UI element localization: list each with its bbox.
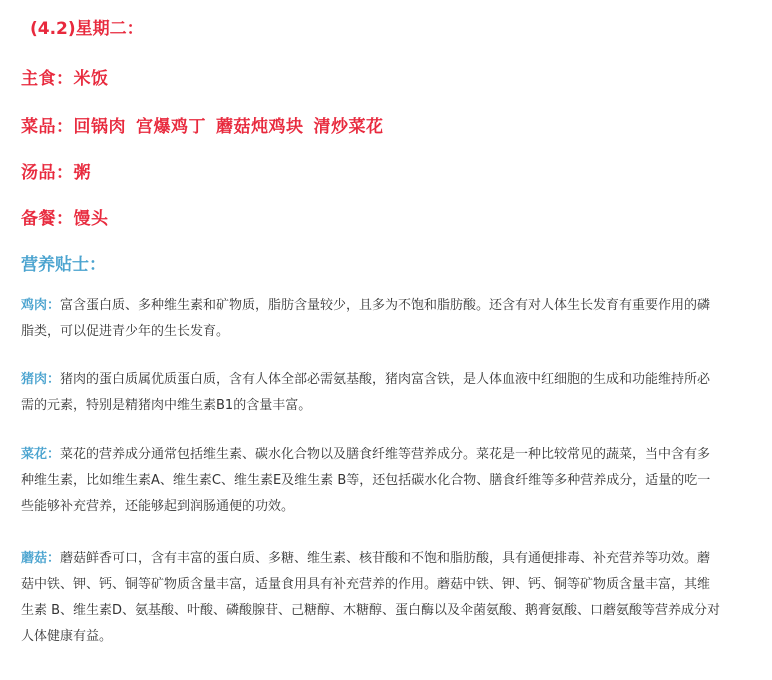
- tip-chicken: 鸡肉：富含蛋白质、多种维生素和矿物质，脂肪含量较少，且多为不饱和脂肪酸。还含有对…: [21, 293, 721, 345]
- soup-value: 粥: [74, 163, 92, 183]
- nutrition-tips-title: 营养贴士：: [21, 250, 106, 275]
- tip-text: 蘑菇鲜香可口，含有丰富的蛋白质、多糖、维生素、核苷酸和不饱和脂肪酸，具有通便排毒…: [21, 551, 720, 644]
- dishes-label: 菜品：: [21, 117, 74, 137]
- staple-value: 米饭: [74, 69, 109, 89]
- tip-text: 富含蛋白质、多种维生素和矿物质，脂肪含量较少，且多为不饱和脂肪酸。还含有对人体生…: [21, 298, 710, 339]
- soup-line: 汤品：粥: [21, 158, 91, 183]
- tip-pork: 猪肉：猪肉的蛋白质属优质蛋白质，含有人体全部必需氨基酸，猪肉富含铁，是人体血液中…: [21, 367, 721, 419]
- tip-text: 菜花的营养成分通常包括维生素、碳水化合物以及膳食纤维等营养成分。菜花是一种比较常…: [21, 447, 710, 514]
- backup-line: 备餐：馒头: [21, 204, 109, 229]
- backup-label: 备餐：: [21, 209, 74, 229]
- tip-label: 猪肉：: [21, 372, 60, 387]
- tip-text: 猪肉的蛋白质属优质蛋白质，含有人体全部必需氨基酸，猪肉富含铁，是人体血液中红细胞…: [21, 372, 710, 413]
- dish-item: 蘑菇炖鸡块: [216, 117, 304, 137]
- tip-mushroom: 蘑菇：蘑菇鲜香可口，含有丰富的蛋白质、多糖、维生素、核苷酸和不饱和脂肪酸，具有通…: [21, 546, 721, 650]
- tip-label: 菜花：: [21, 447, 60, 462]
- tip-cauliflower: 菜花：菜花的营养成分通常包括维生素、碳水化合物以及膳食纤维等营养成分。菜花是一种…: [21, 442, 721, 520]
- tip-label: 鸡肉：: [21, 298, 60, 313]
- soup-label: 汤品：: [21, 163, 74, 183]
- dish-item: 宫爆鸡丁: [136, 117, 206, 137]
- staple-line: 主食：米饭: [21, 64, 109, 89]
- tip-label: 蘑菇：: [21, 551, 60, 566]
- backup-value: 馒头: [74, 209, 109, 229]
- dish-item: 清炒菜花: [314, 117, 384, 137]
- day-title: (4.2)星期二：: [30, 14, 144, 39]
- dishes-line: 菜品：回锅肉宫爆鸡丁蘑菇炖鸡块清炒菜花: [21, 112, 384, 137]
- dish-item: 回锅肉: [74, 117, 127, 137]
- staple-label: 主食：: [21, 69, 74, 89]
